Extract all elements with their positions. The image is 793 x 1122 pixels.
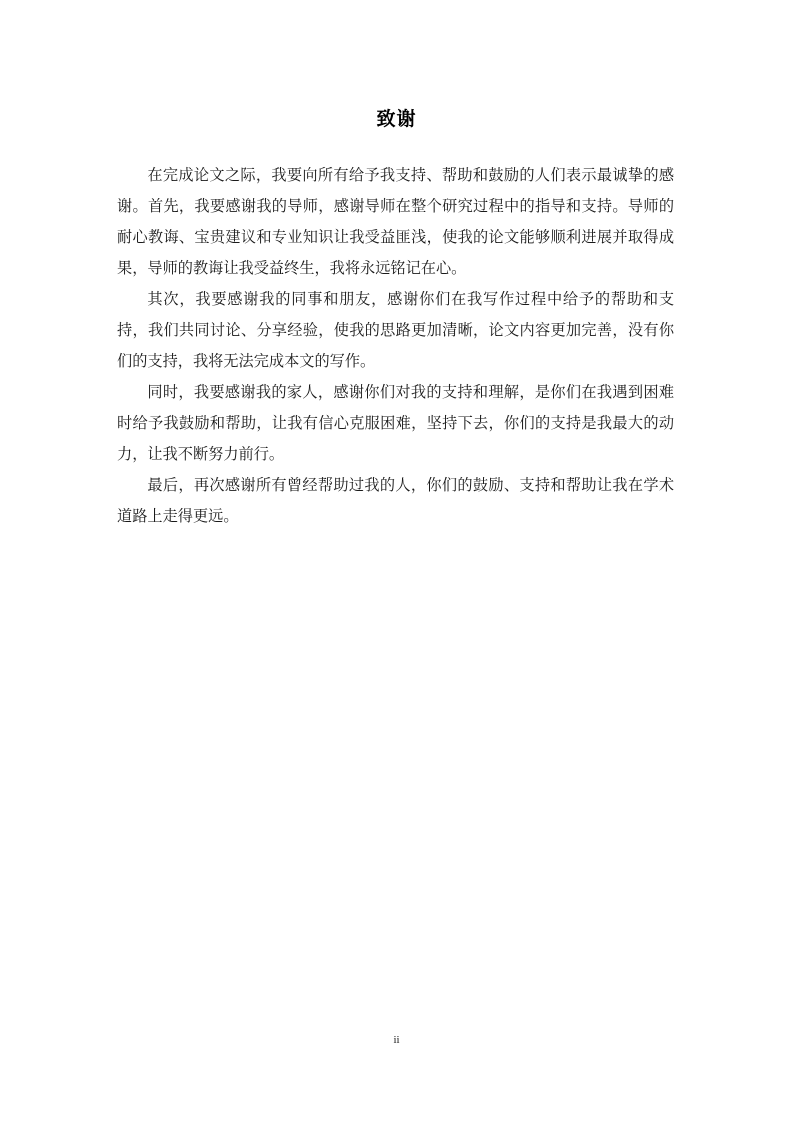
acknowledgement-body: 在完成论文之际，我要向所有给予我支持、帮助和鼓励的人们表示最诚挚的感谢。首先，我… xyxy=(117,160,674,532)
document-page: 致谢 在完成论文之际，我要向所有给予我支持、帮助和鼓励的人们表示最诚挚的感谢。首… xyxy=(0,0,793,1122)
paragraph-thanks-family: 同时，我要感谢我的家人，感谢你们对我的支持和理解，是你们在我遇到困难时给予我鼓励… xyxy=(117,377,674,470)
page-number: ii xyxy=(0,1034,793,1046)
paragraph-closing: 最后，再次感谢所有曾经帮助过我的人，你们的鼓励、支持和帮助让我在学术道路上走得更… xyxy=(117,470,674,532)
page-title: 致谢 xyxy=(0,104,793,131)
paragraph-thanks-advisor: 在完成论文之际，我要向所有给予我支持、帮助和鼓励的人们表示最诚挚的感谢。首先，我… xyxy=(117,160,674,284)
paragraph-thanks-colleagues: 其次，我要感谢我的同事和朋友，感谢你们在我写作过程中给予的帮助和支持，我们共同讨… xyxy=(117,284,674,377)
